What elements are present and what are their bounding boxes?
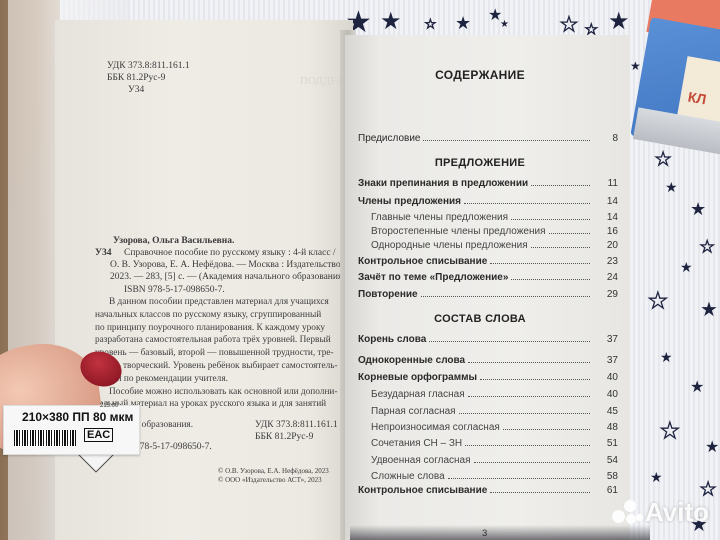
toc-entry-label: Контрольное списывание [358,485,487,496]
toc-entry-page: 61 [596,485,618,496]
bottom-isbn: 978-5-17-098650-7. [135,442,212,452]
toc-entry-page: 11 [596,178,618,189]
toc-leader-dots [490,263,590,264]
toc-leader-dots [511,219,590,220]
toc-leader-dots [468,362,590,363]
toc-leader-dots [503,429,590,430]
isbn: ISBN 978-5-17-098650-7. [124,285,225,295]
toc-entry: Непроизносимая согласная48 [371,422,618,436]
star-icon: ★ [630,60,641,72]
author-heading: Узорова, Ольга Васильевна. [113,236,234,246]
toc-entry-page: 16 [596,226,618,237]
toc-entry: Зачёт по теме «Предложение»24 [358,272,618,286]
toc-leader-dots [480,379,590,380]
toc-entry-page: 40 [596,389,618,400]
toc-entry: Второстепенные члены предложения16 [371,226,618,240]
toc-entry-label: Контрольное списывание [358,256,487,267]
catalog-line-1: Справочное пособие по русскому языку : 4… [124,248,336,258]
toc-entry-label: Зачёт по теме «Предложение» [358,272,508,283]
bottom-udk: УДК 373.8:811.161.1 [255,420,338,430]
annotation-line: тий — творческий. Уровень ребёнок выбира… [95,360,345,373]
star-icon: ★ [655,150,671,168]
star-icon: ★ [608,10,630,34]
toc-entry-page: 40 [596,372,618,383]
avito-watermark: Avito [612,497,709,528]
toc-entry: Корень слова37 [358,334,618,348]
toc-leader-dots [429,341,590,342]
avito-logo-icon [612,500,642,526]
top-code: У34 [128,85,144,95]
star-icon: ★ [425,18,436,30]
toc-entry-page: 14 [596,212,618,223]
toc-entry-page: 37 [596,355,618,366]
toc-entry-page: 51 [596,438,618,449]
toc-entry-label: Однородные члены предложения [371,240,528,251]
toc-entry-label: Однокоренные слова [358,355,465,366]
toc-entry-label: Парная согласная [371,406,456,417]
toc-entry-label: Второстепенные члены предложения [371,226,546,237]
toc-entry: Сочетания СН – ЗН51 [371,438,618,452]
toc-entry-page: 29 [596,289,618,300]
toc-entry-page: 23 [596,256,618,267]
toc-entry-label: Предисловие [358,133,420,144]
copyright-line-2: © ООО «Издательство АСТ», 2023 [218,476,322,484]
toc-entry: Корневые орфограммы40 [358,372,618,386]
toc-entry-page: 54 [596,455,618,466]
star-icon: ★ [680,260,693,274]
star-icon: ★ [700,240,714,256]
star-icon: ★ [705,440,719,456]
top-bbk: ББК 81.2Рус-9 [107,73,165,83]
toc-leader-dots [421,296,590,297]
star-icon: ★ [380,10,402,34]
toc-leader-dots [490,492,590,493]
star-icon: ★ [665,180,678,194]
toc-entry: Парная согласная45 [371,406,618,420]
toc-entry: Предисловие8 [358,133,618,147]
sticker-price: 215.00 [100,403,118,409]
toc-entry-page: 58 [596,471,618,482]
catalog-line-3: 2023. — 283, [5] с. — (Академия начально… [110,272,348,282]
sticker-code: 210×380 ПП 80 мкм [22,410,133,424]
toc-entry: Удвоенная согласная54 [371,455,618,469]
toc-entry: Однородные члены предложения20 [371,240,618,254]
bottom-bbk: ББК 81.2Рус-9 [255,432,313,442]
star-icon: ★ [690,380,704,396]
toc-leader-dots [531,185,590,186]
toc-entry: Безударная гласная40 [371,389,618,403]
annotation-line: Пособие можно использовать как основной … [95,386,345,399]
toc-entry-page: 48 [596,422,618,433]
toc-entry-label: Безударная гласная [371,389,465,400]
toc-entry-page: 8 [596,133,618,144]
toc-entry: Контрольное списывание61 [358,485,618,499]
star-icon: ★ [650,470,663,484]
toc-entry: Члены предложения14 [358,196,618,210]
annotation-line: уровень — базовый, второй — повышенной т… [95,347,345,360]
toc-entry-page: 24 [596,272,618,283]
toc-leader-dots [531,247,590,248]
toc-leader-dots [511,279,590,280]
toc-entry: Контрольное списывание23 [358,256,618,270]
eac-mark-icon: EAC [84,428,113,442]
toc-entry-label: Сочетания СН – ЗН [371,438,462,449]
toc-entry: Главные члены предложения14 [371,212,618,226]
toc-leader-dots [464,203,590,204]
toc-leader-dots [465,445,590,446]
catalog-code: У34 [95,248,111,258]
star-icon: ★ [560,15,578,35]
star-icon: ★ [700,480,716,498]
annotation-line: но или по рекомендации учителя. [95,373,345,386]
toc-entry: Знаки препинания в предложении11 [358,178,618,192]
toc-entry-label: Непроизносимая согласная [371,422,500,433]
annotation-line: В данном пособии представлен материал дл… [95,296,345,309]
toc-entry: Однокоренные слова37 [358,355,618,369]
star-icon: ★ [700,300,718,320]
price-sticker: 215.00 210×380 ПП 80 мкм EAC [3,405,140,455]
photo-scene: ★★★★★★★★★★★★★★★★★★★★★★★★★★★ КЛ ПОДДЕРЖКА… [0,0,720,540]
toc-leader-dots [448,478,590,479]
toc-entry-label: Корневые орфограммы [358,372,477,383]
toc-section-heading: СОСТАВ СЛОВА [350,313,610,325]
toc-entry-page: 45 [596,406,618,417]
toc-entry-label: Главные члены предложения [371,212,508,223]
star-icon: ★ [585,22,598,36]
toc-section-heading: ПРЕДЛОЖЕНИЕ [350,157,610,169]
toc-entry-page: 14 [596,196,618,207]
toc-entry-page: 20 [596,240,618,251]
star-icon: ★ [660,350,673,364]
star-icon: ★ [500,20,509,30]
bottom-shadow [350,525,650,540]
toc-leader-dots [474,462,590,463]
star-icon: ★ [455,14,471,32]
toc-leader-dots [549,233,591,234]
annotation-line: по принципу поурочного планирования. К к… [95,322,345,335]
toc-entry-label: Повторение [358,289,418,300]
box-text: КЛ [687,89,708,108]
toc-title: СОДЕРЖАНИЕ [350,68,610,82]
toc-entry-label: Знаки препинания в предложении [358,178,528,189]
toc-entry-label: Сложные слова [371,471,445,482]
toc-entry: Сложные слова58 [371,471,618,485]
copyright-line-1: © О.В. Узорова, Е.А. Нефёдова, 2023 [218,467,329,475]
toc-entry-label: Члены предложения [358,196,461,207]
star-icon: ★ [690,200,706,218]
toc-entry-label: Корень слова [358,334,426,345]
catalog-line-2: О. В. Узорова, Е. А. Нефёдова. — Москва … [110,260,363,270]
toc-leader-dots [459,413,590,414]
star-icon: ★ [660,420,680,442]
annotation-line: начальных классов по русскому языку, сгр… [95,309,345,322]
toc-leader-dots [423,140,590,141]
toc-entry-label: Удвоенная согласная [371,455,471,466]
toc-leader-dots [468,396,590,397]
toc-entry: Повторение29 [358,289,618,303]
annotation-line: разработана самостоятельная работа трёх … [95,334,345,347]
star-icon: ★ [648,290,668,312]
top-udk: УДК 373.8:811.161.1 [107,61,190,71]
avito-text: Avito [645,497,709,528]
toc-entry-page: 37 [596,334,618,345]
barcode-icon [14,430,76,446]
